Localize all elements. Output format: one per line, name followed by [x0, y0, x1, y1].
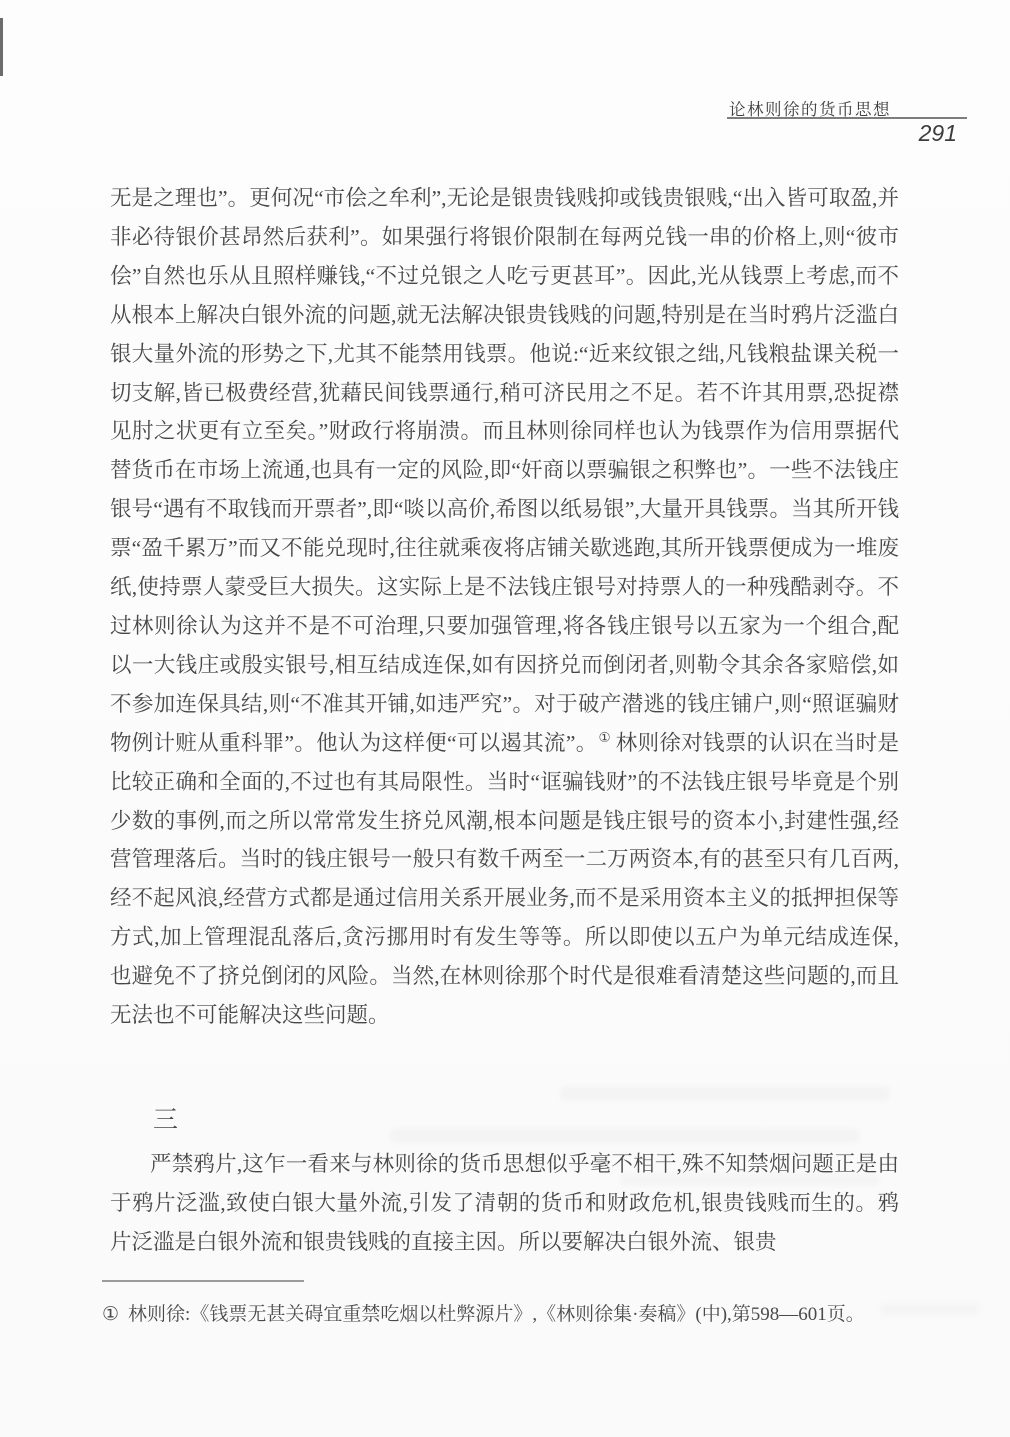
scanned-book-page: 论林则徐的货币思想 291 无是之理也”。更何况“市侩之牟利”,无论是银贵钱贱抑…: [0, 0, 1010, 1437]
paragraph-text-after-note: 林则徐对钱票的认识在当时是比较正确和全面的,不过也有其局限性。当时“诓骗钱财”的…: [110, 731, 899, 1027]
footnote-text: 林则徐:《钱票无甚关碍宜重禁吃烟以杜弊源片》,《林则徐集·奏稿》(中),第598…: [128, 1304, 865, 1325]
paragraph-continuation: 无是之理也”。更何况“市侩之牟利”,无论是银贵钱贱抑或钱贵银贱,“出入皆可取盈,…: [110, 179, 899, 1035]
scan-edge-artifact: [0, 18, 3, 76]
footnote-separator-rule: [102, 1280, 304, 1282]
section-heading: 三: [153, 1100, 178, 1136]
page-number: 291: [847, 120, 957, 147]
header-rule: [727, 117, 967, 119]
footnote: ①林则徐:《钱票无甚关碍宜重禁吃烟以杜弊源片》,《林则徐集·奏稿》(中),第59…: [102, 1301, 947, 1329]
footnote-reference-marker: ①: [599, 730, 611, 745]
paragraph-text-before-note: 无是之理也”。更何况“市侩之牟利”,无论是银贵钱贱抑或钱贵银贱,“出入皆可取盈,…: [110, 186, 899, 755]
footnote-marker: ①: [102, 1304, 119, 1325]
bleedthrough-artifact: [560, 1086, 890, 1101]
main-text-column: 无是之理也”。更何况“市侩之牟利”,无论是银贵钱贱抑或钱贵银贱,“出入皆可取盈,…: [110, 179, 899, 1035]
paragraph-section-three: 严禁鸦片,这乍一看来与林则徐的货币思想似乎毫不相干,殊不知禁烟问题正是由于鸦片泛…: [110, 1145, 899, 1262]
bleedthrough-artifact: [390, 1128, 860, 1143]
